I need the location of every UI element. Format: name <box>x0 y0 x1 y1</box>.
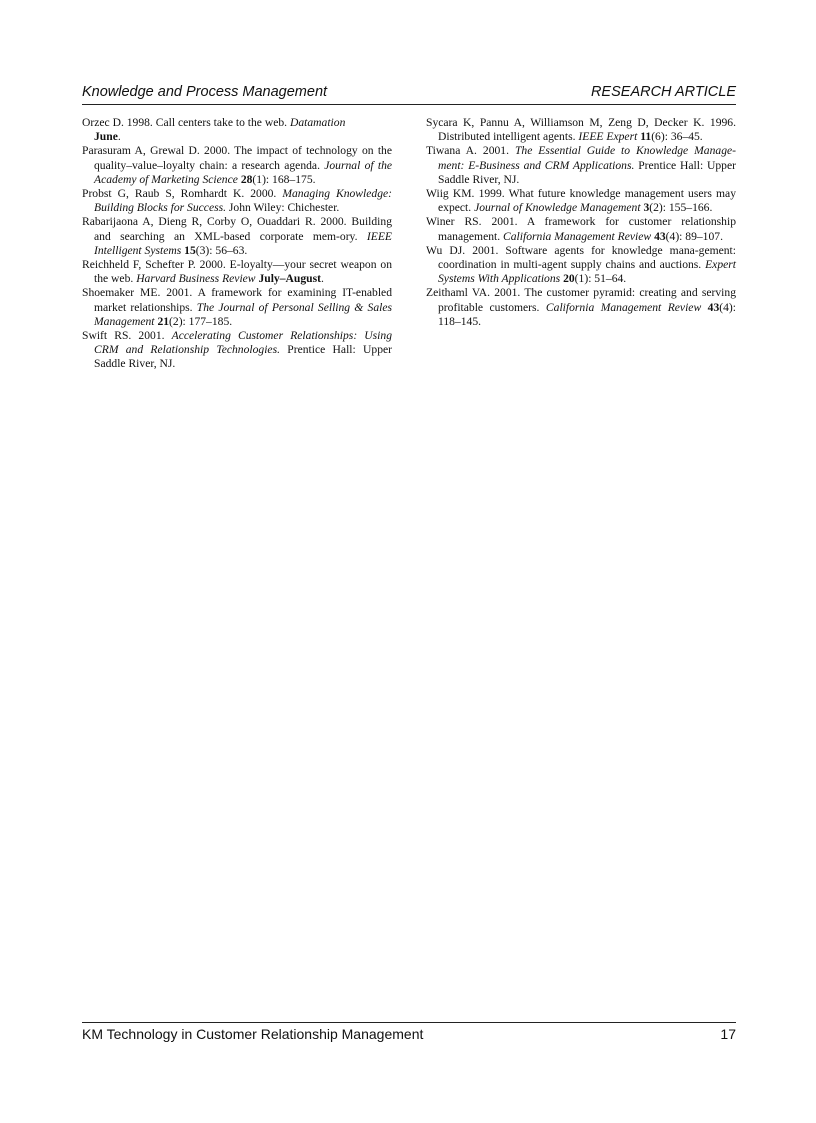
reference-item: Orzec D. 1998. Call centers take to the … <box>82 116 392 144</box>
footer-rule <box>82 1022 736 1023</box>
reference-item: Wiig KM. 1999. What future knowledge man… <box>426 187 736 215</box>
reference-item: Winer RS. 2001. A framework for customer… <box>426 215 736 243</box>
reference-item: Reichheld F, Schefter P. 2000. E-loyalty… <box>82 258 392 286</box>
running-footer: KM Technology in Customer Relationship M… <box>82 1026 736 1042</box>
article-type: RESEARCH ARTICLE <box>591 84 736 100</box>
reference-item: Probst G, Raub S, Romhardt K. 2000. Mana… <box>82 187 392 215</box>
reference-item: Zeithaml VA. 2001. The customer pyramid:… <box>426 286 736 329</box>
reference-list: Orzec D. 1998. Call centers take to the … <box>82 116 736 372</box>
reference-item: Wu DJ. 2001. Software agents for knowled… <box>426 244 736 287</box>
reference-item: Rabarijaona A, Dieng R, Corby O, Ouaddar… <box>82 215 392 258</box>
right-column: Sycara K, Pannu A, Williamson M, Zeng D,… <box>426 116 736 372</box>
reference-item: Swift RS. 2001. Accelerating Customer Re… <box>82 329 392 372</box>
reference-item: Sycara K, Pannu A, Williamson M, Zeng D,… <box>426 116 736 144</box>
page-number: 17 <box>720 1026 736 1042</box>
journal-title: Knowledge and Process Management <box>82 84 327 100</box>
header-rule <box>82 104 736 105</box>
left-column: Orzec D. 1998. Call centers take to the … <box>82 116 392 372</box>
reference-item: Shoemaker ME. 2001. A framework for exam… <box>82 286 392 329</box>
article-title: KM Technology in Customer Relationship M… <box>82 1026 423 1042</box>
running-header: Knowledge and Process Management RESEARC… <box>82 84 736 100</box>
reference-item: Tiwana A. 2001. The Essential Guide to K… <box>426 144 736 187</box>
reference-item: Parasuram A, Grewal D. 2000. The impact … <box>82 144 392 187</box>
